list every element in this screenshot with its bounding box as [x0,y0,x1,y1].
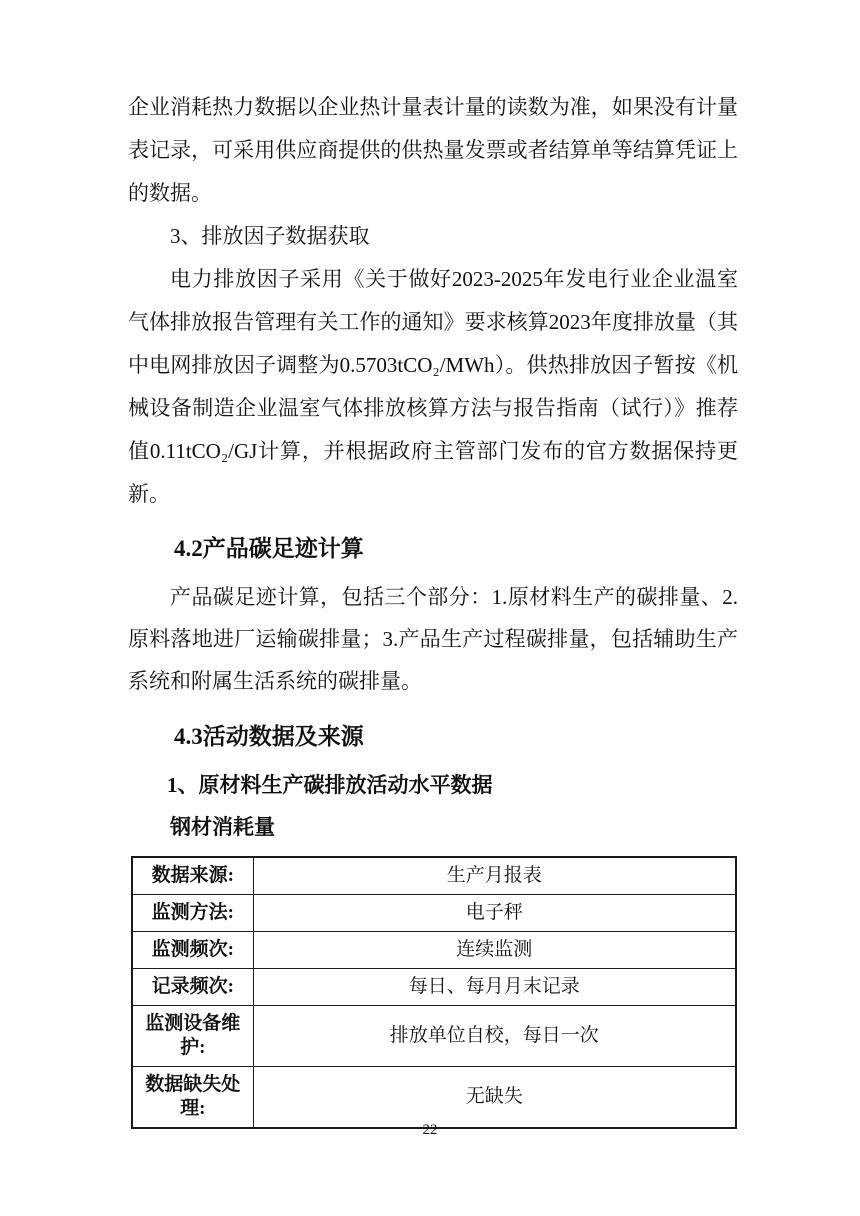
table-row: 数据来源: 生产月报表 [132,857,736,895]
section-title-4-2: 4.2产品碳足迹计算 [128,532,738,566]
table-row: 监测频次: 连续监测 [132,932,736,969]
row-value: 电子秤 [253,895,736,932]
row-value: 每日、每月月末记录 [253,969,736,1006]
table-row: 数据缺失处理: 无缺失 [132,1067,736,1129]
section-title-4-3: 4.3活动数据及来源 [128,720,738,754]
table-row: 监测方法: 电子秤 [132,895,736,932]
paragraph-carbon-footprint: 产品碳足迹计算，包括三个部分：1.原材料生产的碳排量、2.原料落地进厂运输碳排量… [128,576,738,702]
activity-data-table: 数据来源: 生产月报表 监测方法: 电子秤 监测频次: 连续监测 记录频次: 每… [131,856,737,1129]
list-item-emission-factor-heading: 3、排放因子数据获取 [128,215,738,258]
table-row: 监测设备维护: 排放单位自校，每日一次 [132,1006,736,1067]
row-label: 监测方法: [132,895,253,932]
document-content: 企业消耗热力数据以企业热计量表计量的读数为准，如果没有计量表记录，可采用供应商提… [128,86,738,1129]
list-item-activity-data: 1、原材料生产碳排放活动水平数据 [128,764,738,806]
subheading-steel-consumption: 钢材消耗量 [128,806,738,848]
page-number: 22 [0,1122,860,1139]
paragraph-emission-factor: 电力排放因子采用《关于做好2023-2025年发电行业企业温室气体排放报告管理有… [128,258,738,516]
row-label: 监测频次: [132,932,253,969]
row-value: 生产月报表 [253,857,736,895]
row-value: 连续监测 [253,932,736,969]
row-label: 数据来源: [132,857,253,895]
table-row: 记录频次: 每日、每月月末记录 [132,969,736,1006]
row-label: 记录频次: [132,969,253,1006]
row-value: 排放单位自校，每日一次 [253,1006,736,1067]
row-label: 监测设备维护: [132,1006,253,1067]
row-value: 无缺失 [253,1067,736,1129]
document-page: 企业消耗热力数据以企业热计量表计量的读数为准，如果没有计量表记录，可采用供应商提… [0,0,860,1216]
row-label: 数据缺失处理: [132,1067,253,1129]
paragraph-heat-data: 企业消耗热力数据以企业热计量表计量的读数为准，如果没有计量表记录，可采用供应商提… [128,86,738,215]
